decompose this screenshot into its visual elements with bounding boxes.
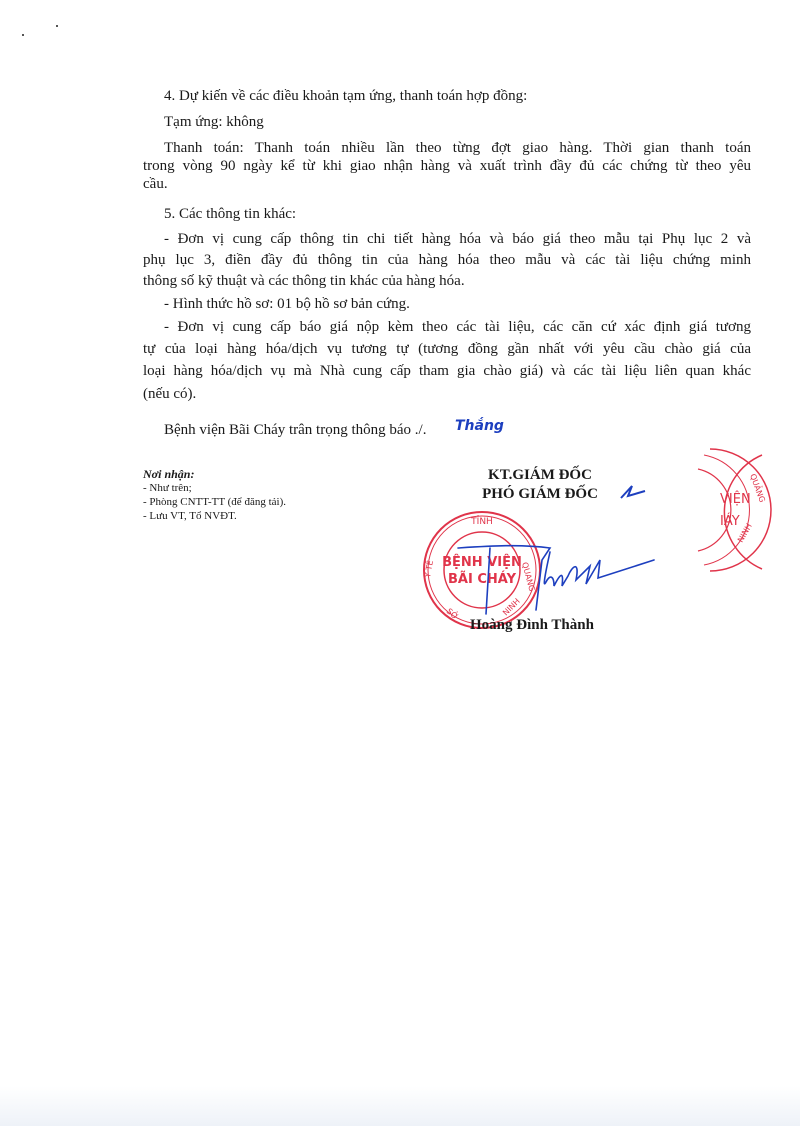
recipient-item: - Phòng CNTT-TT (để đăng tải). (143, 495, 286, 509)
section-5-heading: 5. Các thông tin khác: (164, 205, 296, 223)
other-info-item1-line3: thông số kỹ thuật và các thông tin khác … (143, 272, 751, 290)
svg-text:IÁY: IÁY (720, 513, 740, 529)
other-info-item3-line4: (nếu có). (143, 385, 751, 403)
initial-checkmark-icon (618, 482, 648, 502)
svg-text:VIỆN: VIỆN (720, 491, 751, 507)
signer-name: Hoàng Đình Thành (470, 617, 594, 634)
payment-line-1: Thanh toán: Thanh toán nhiều lần theo từ… (164, 139, 751, 157)
other-info-item1-line2: phụ lục 3, điền đầy đủ thông tin của hàn… (143, 251, 751, 269)
section-4-heading: 4. Dự kiến về các điều khoản tạm ứng, th… (164, 87, 527, 105)
scan-speck (56, 25, 58, 27)
payment-line-2: trong vòng 90 ngày kể từ khi giao nhận h… (143, 157, 751, 175)
signer-title-2: PHÓ GIÁM ĐỐC (440, 485, 640, 504)
recipient-item: - Như trên; (143, 481, 286, 495)
closing-statement: Bệnh viện Bãi Cháy trân trọng thông báo … (164, 421, 426, 439)
recipients-title: Nơi nhận: (143, 467, 286, 481)
signer-title-1: KT.GIÁM ĐỐC (440, 466, 640, 485)
page-scan-shadow (0, 1086, 800, 1126)
other-info-item3-line1: - Đơn vị cung cấp báo giá nộp kèm theo c… (164, 318, 751, 336)
handwritten-signature-icon (450, 530, 660, 620)
other-info-item3-line2: tự của loại hàng hóa/dịch vụ tương tự (t… (143, 340, 751, 358)
payment-line-3: cầu. (143, 175, 751, 193)
scan-speck (22, 34, 24, 36)
other-info-item1-line1: - Đơn vị cung cấp thông tin chi tiết hàn… (164, 230, 751, 248)
handwritten-initial: Thắng (455, 418, 504, 434)
partial-stamp-icon: VIỆN IÁY QUẢNG NINH (690, 445, 800, 575)
recipients-block: Nơi nhận: - Như trên; - Phòng CNTT-TT (đ… (143, 467, 286, 523)
svg-text:QUẢNG: QUẢNG (748, 472, 769, 504)
advance-payment: Tạm ứng: không (164, 113, 264, 131)
recipient-item: - Lưu VT, Tổ NVĐT. (143, 509, 286, 523)
other-info-item2: - Hình thức hồ sơ: 01 bộ hồ sơ bản cứng. (164, 295, 410, 313)
other-info-item3-line3: loại hàng hóa/dịch vụ mà Nhà cung cấp th… (143, 362, 751, 380)
svg-text:TỈNH: TỈNH (470, 515, 493, 527)
